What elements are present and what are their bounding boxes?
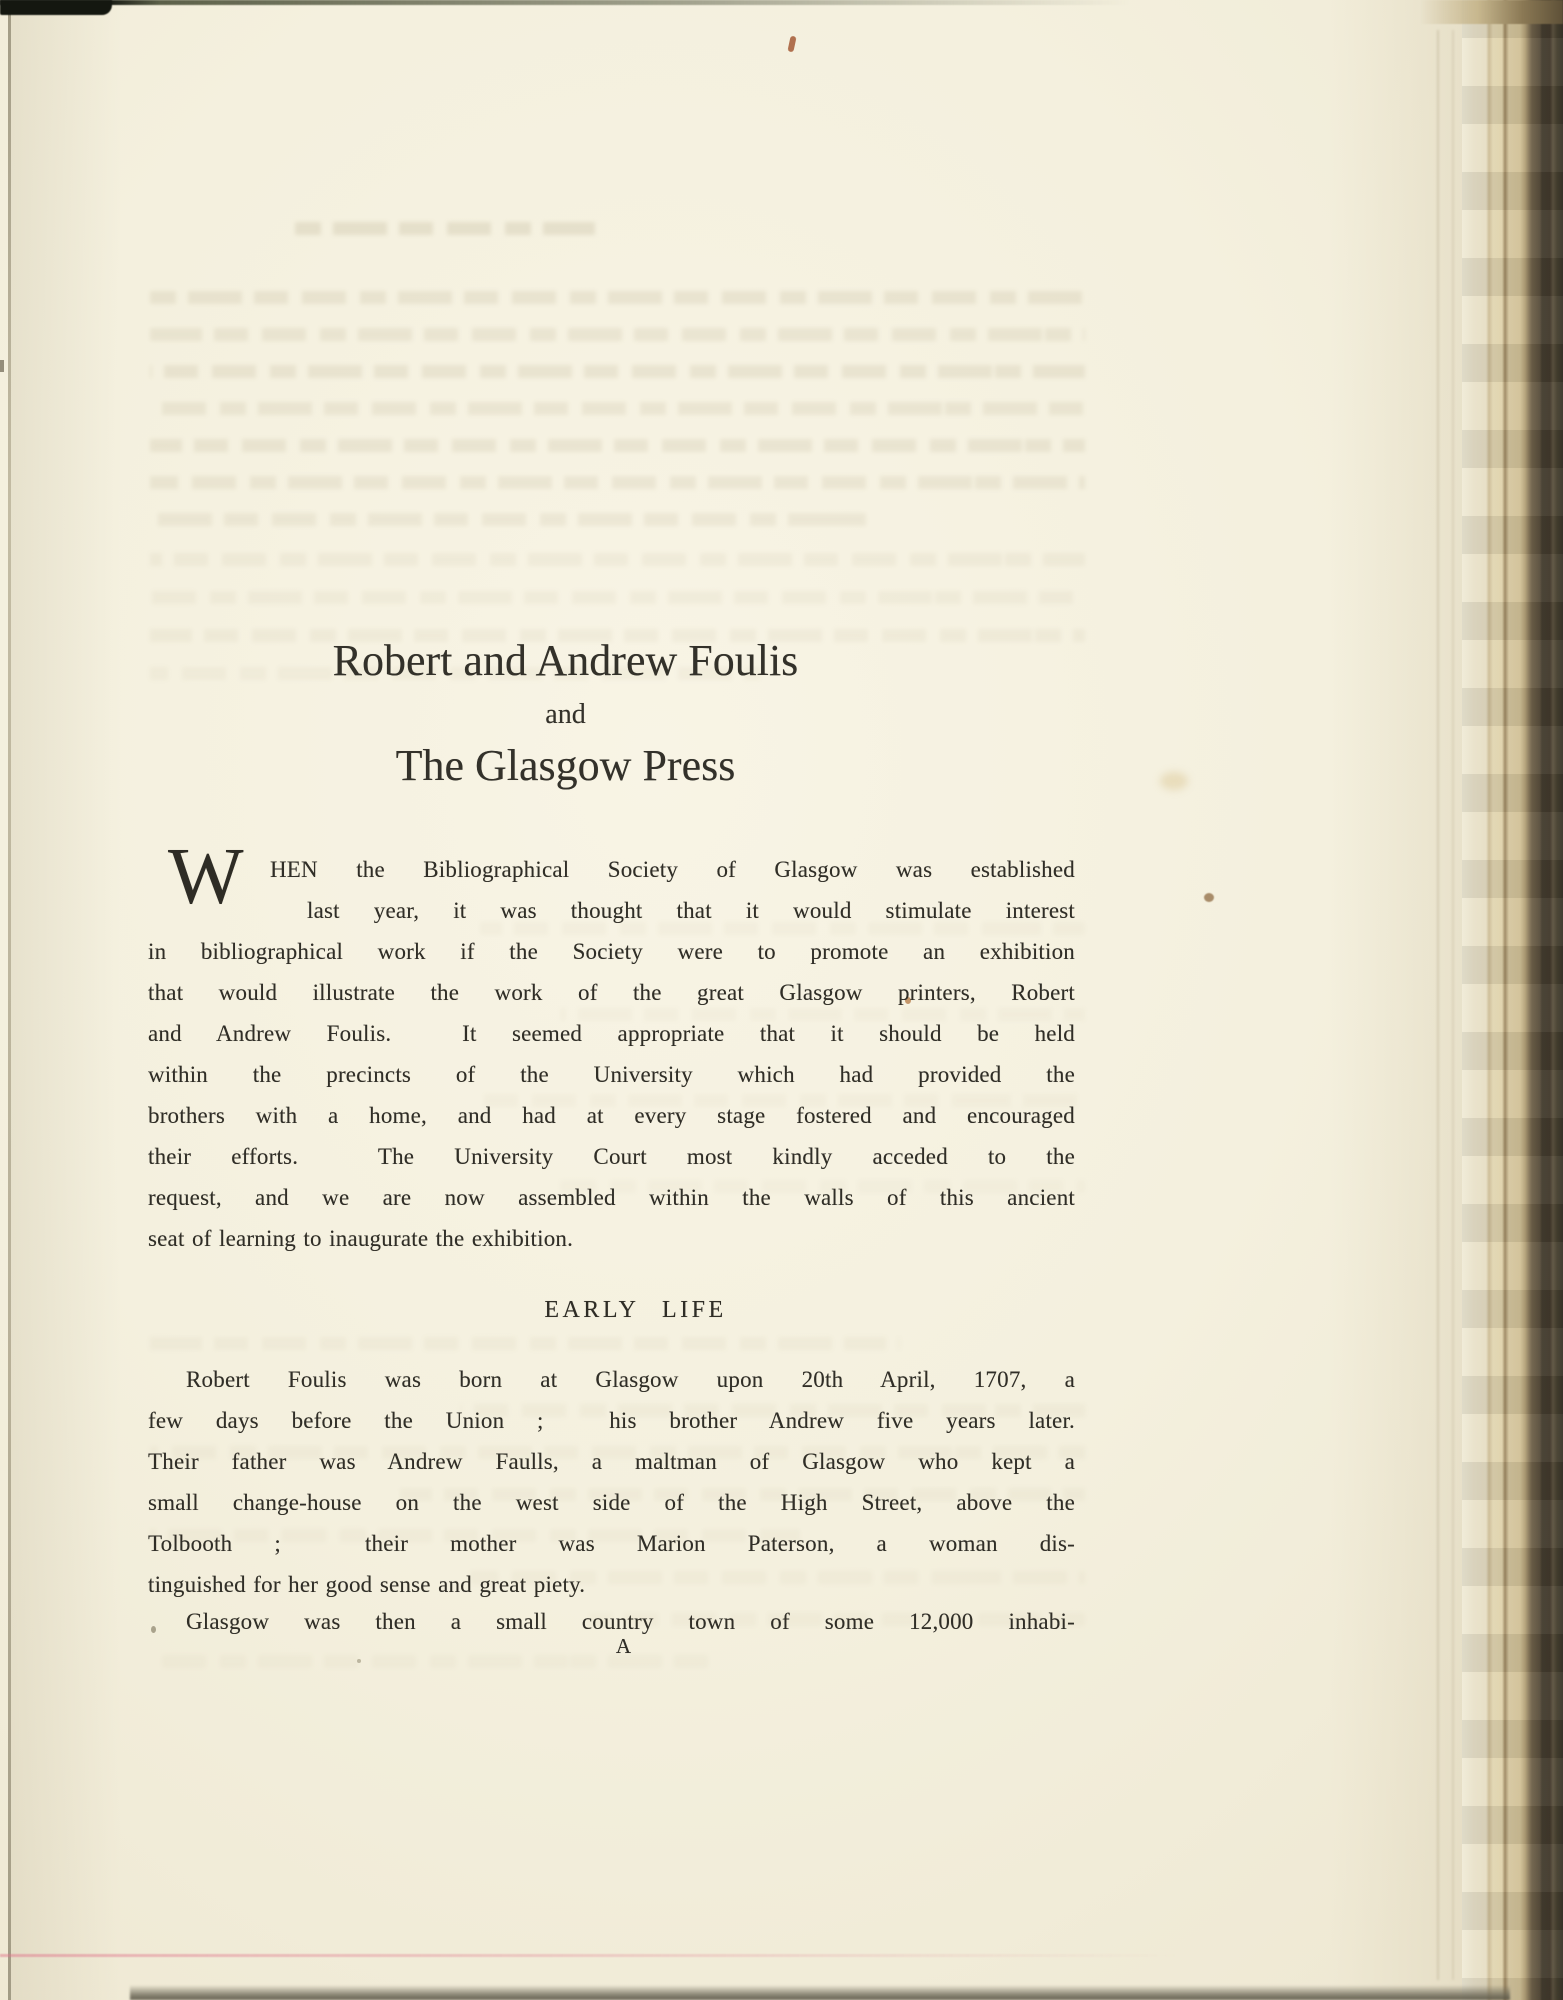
chapter-title-line-3: The Glasgow Press	[102, 742, 1029, 790]
paragraph-line: brothers with a home, and had at every s…	[148, 1095, 1075, 1136]
scanned-book-page: Robert and Andrew Foulis and The Glasgow…	[0, 0, 1563, 2000]
paragraph-line: Their father was Andrew Faulls, a maltma…	[148, 1441, 1075, 1482]
section-heading: EARLY LIFE	[172, 1297, 1099, 1324]
drop-cap: W	[168, 846, 244, 908]
paragraph-line: in bibliographical work if the Society w…	[148, 931, 1075, 972]
paragraph-line: within the precincts of the University w…	[148, 1054, 1075, 1095]
chapter-title-line-2: and	[102, 700, 1029, 731]
paragraph-line: small change-house on the west side of t…	[148, 1482, 1075, 1523]
paragraph-line: HEN the Bibliographical Society of Glasg…	[148, 849, 1075, 890]
book-fore-edge	[1462, 0, 1563, 2000]
paragraph-line: their efforts. The University Court most…	[148, 1136, 1075, 1177]
page-curve-shadow	[1330, 0, 1465, 2000]
signature-mark: A	[160, 1634, 1087, 1659]
paragraph-line: tinguished for her good sense and great …	[148, 1564, 1075, 1605]
early-life-paragraph: Robert Foulis was born at Glasgow upon 2…	[148, 1359, 1075, 1605]
left-edge-mark	[0, 360, 4, 372]
paragraph-line: request, and we are now assembled within…	[148, 1177, 1075, 1218]
top-right-page-edge	[1420, 0, 1563, 24]
paper-stain	[1160, 772, 1188, 790]
text-block: Robert and Andrew Foulis and The Glasgow…	[148, 0, 1075, 2000]
paragraph-line: seat of learning to inaugurate the exhib…	[148, 1218, 1075, 1259]
paragraph-line: last year, it was thought that it would …	[148, 890, 1075, 931]
top-left-binding-shadow	[0, 0, 112, 15]
paragraph-line: few days before the Union ; his brother …	[148, 1400, 1075, 1441]
intro-paragraph: W HEN the Bibliographical Society of Gla…	[148, 849, 1075, 1259]
page-crease	[1437, 30, 1439, 1980]
paragraph-line: Tolbooth ; their mother was Marion Pater…	[148, 1523, 1075, 1564]
paragraph-line: that would illustrate the work of the gr…	[148, 972, 1075, 1013]
paragraph-line: and Andrew Foulis. It seemed appropriate…	[148, 1013, 1075, 1054]
page-crease	[1452, 30, 1454, 1980]
left-page-shadow	[11, 0, 121, 2000]
chapter-title-line-1: Robert and Andrew Foulis	[102, 637, 1029, 685]
paragraph-line: Robert Foulis was born at Glasgow upon 2…	[148, 1359, 1075, 1400]
dust-speck	[1204, 893, 1214, 902]
